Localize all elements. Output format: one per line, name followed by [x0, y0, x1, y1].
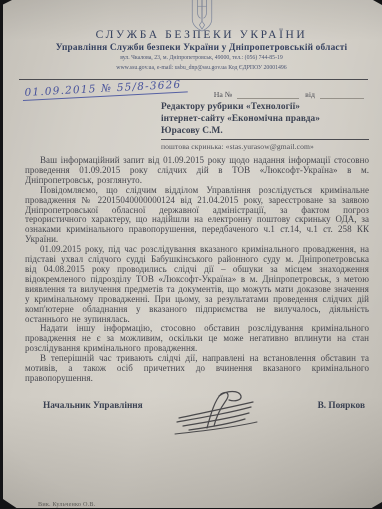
- photo-edge-left: [0, 0, 3, 509]
- incoming-number-blank: [237, 90, 299, 99]
- agency-contacts: www.ssu.gov.ua, e-mail: usbu_dnp@ssu.gov…: [29, 65, 374, 73]
- paragraph: Надати іншу інформацію, стосовно обстави…: [25, 324, 369, 354]
- recipient-line: інтернет-сайту «Економічна правда»: [161, 113, 369, 125]
- paragraph: Повідомляємо, що слідчим відділом Управл…: [25, 186, 369, 245]
- agency-address: вул. Чкалова, 23, м. Дніпропетровськ, 49…: [29, 55, 374, 63]
- recipient-name: Юрасову С.М.: [161, 125, 369, 137]
- signer-position: Начальник Управління: [43, 401, 143, 411]
- agency-title: СЛУЖБА БЕЗПЕКИ УКРАЇНИ: [29, 29, 374, 41]
- department-title: Управління Служби безпеки України у Дніп…: [29, 43, 374, 53]
- signer-name: В. Поярков: [318, 401, 365, 411]
- paragraph: Ваш інформаційний запит від 01.09.2015 р…: [25, 156, 369, 186]
- paragraph: 01.09.2015 року, під час розслідування в…: [25, 245, 369, 324]
- handwritten-outgoing-number: 01.09.2015 № 55/8-3626: [22, 78, 187, 101]
- paragraph: В теперішній час тривають слідчі дії, на…: [25, 354, 369, 384]
- incoming-reference-fields: На № від: [214, 90, 364, 99]
- incoming-number-label: На №: [214, 90, 232, 99]
- letter-body: Ваш інформаційний запит від 01.09.2015 р…: [25, 156, 369, 384]
- incoming-date-label: від: [305, 90, 315, 99]
- recipient-line: Редактору рубрики «Технології»: [161, 101, 369, 113]
- recipient-mailbox: поштова скринька: «stas.yurasow@gmail.co…: [161, 142, 369, 151]
- letterhead-rule: [19, 79, 368, 80]
- recipient-rule: [161, 139, 369, 140]
- incoming-date-blank: [320, 90, 364, 99]
- recipient-block: Редактору рубрики «Технології» інтернет-…: [161, 101, 369, 151]
- signature-scribble: [167, 388, 265, 445]
- letter-paper: СЛУЖБА БЕЗПЕКИ УКРАЇНИ Управління Служби…: [3, 0, 382, 508]
- coat-of-arms-icon: [29, 0, 374, 27]
- signature-row: Начальник Управління: [25, 394, 369, 438]
- document-photo: СЛУЖБА БЕЗПЕКИ УКРАЇНИ Управління Служби…: [0, 0, 382, 509]
- letterhead: СЛУЖБА БЕЗПЕКИ УКРАЇНИ Управління Служби…: [29, 0, 374, 73]
- letter-content: СЛУЖБА БЕЗПЕКИ УКРАЇНИ Управління Служби…: [3, 0, 382, 508]
- executor-note: Вик. Кульченко О.В.: [38, 501, 95, 508]
